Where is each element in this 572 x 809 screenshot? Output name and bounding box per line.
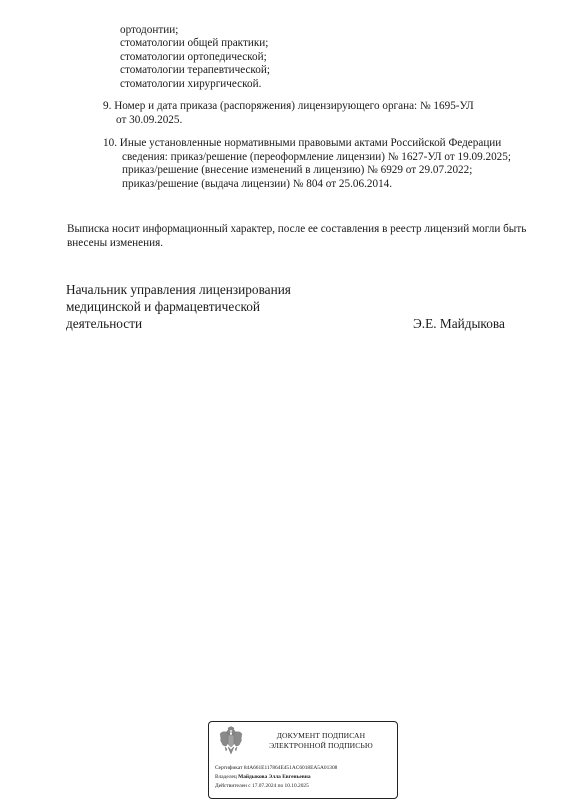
stamp-title-line-2: ЭЛЕКТРОННОЙ ПОДПИСЬЮ <box>251 741 391 751</box>
section-9-line-2: от 30.09.2025. <box>103 114 474 128</box>
section-10-line-2: сведения: приказ/решение (переоформление… <box>103 151 511 165</box>
signer-name: Э.Е. Майдыкова <box>413 315 505 332</box>
validity-row: Действителен с 17.07.2024 по 10.10.2025 <box>215 783 309 790</box>
section-10-number: 10. <box>103 137 117 149</box>
section-10-line-3: приказ/решение (внесение изменений в лиц… <box>103 164 511 178</box>
section-9-line-1: 9. Номер и дата приказа (распоряжения) л… <box>103 100 474 114</box>
section-10-line-1: 10. Иные установленные нормативными прав… <box>103 137 511 151</box>
certificate-label: Сертификат <box>215 765 242 771</box>
section-9-number: 9. <box>103 100 111 112</box>
list-item: стоматологии терапевтической; <box>120 64 270 77</box>
owner-row: Владелец Майдыкова Элла Евгеньевна <box>215 774 311 781</box>
list-item: ортодонтии; <box>120 24 270 37</box>
section-10-other-info: 10. Иные установленные нормативными прав… <box>103 137 511 191</box>
stamp-title-line-1: ДОКУМЕНТ ПОДПИСАН <box>251 731 391 741</box>
russian-coat-of-arms-icon <box>219 726 243 756</box>
owner-label: Владелец <box>215 774 237 780</box>
certificate-value: 84A661E117864E451AC6018EA5A01308 <box>244 765 338 771</box>
section-9-order-number: 9. Номер и дата приказа (распоряжения) л… <box>103 100 474 127</box>
electronic-signature-stamp: ДОКУМЕНТ ПОДПИСАН ЭЛЕКТРОННОЙ ПОДПИСЬЮ С… <box>208 721 398 799</box>
list-item: стоматологии общей практики; <box>120 37 270 50</box>
section-10-text: Иные установленные нормативными правовым… <box>120 137 502 149</box>
owner-value: Майдыкова Элла Евгеньевна <box>238 774 310 780</box>
signer-position-line-1: Начальник управления лицензирования <box>66 281 526 298</box>
licensed-activities-list: ортодонтии; стоматологии общей практики;… <box>120 24 270 91</box>
section-10-line-4: приказ/решение (выдача лицензии) № 804 о… <box>103 178 511 192</box>
list-item: стоматологии ортопедической; <box>120 51 270 64</box>
section-9-text: Номер и дата приказа (распоряжения) лице… <box>114 100 474 112</box>
informational-note: Выписка носит информационный характер, п… <box>67 222 557 250</box>
stamp-title: ДОКУМЕНТ ПОДПИСАН ЭЛЕКТРОННОЙ ПОДПИСЬЮ <box>251 731 391 751</box>
certificate-row: Сертификат 84A661E117864E451AC6018EA5A01… <box>215 765 337 772</box>
signature-block: Начальник управления лицензирования меди… <box>66 281 526 332</box>
signer-position-line-2: медицинской и фармацевтической <box>66 298 526 315</box>
list-item: стоматологии хирургической. <box>120 78 270 91</box>
